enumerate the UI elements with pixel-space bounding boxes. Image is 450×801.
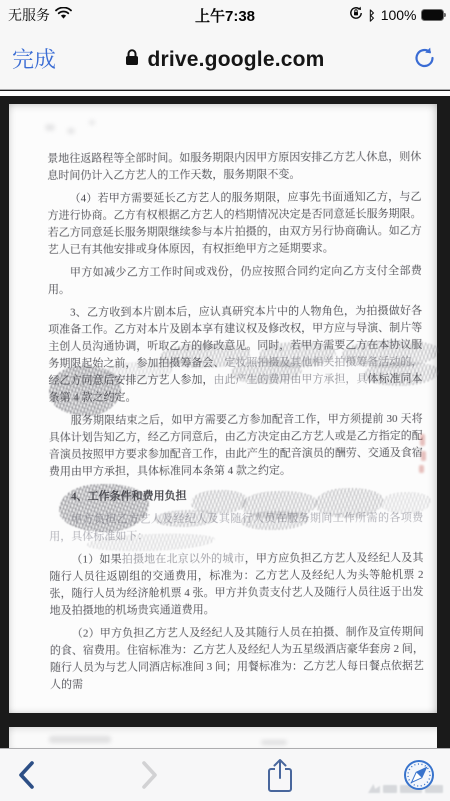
red-margin-mark (420, 434, 425, 446)
red-margin-mark (421, 451, 426, 461)
scan-smudge (49, 736, 111, 743)
paragraph: 服务期限结束之后，如甲方需要乙方参加配音工作，甲方须提前 30 天将具体计划告知… (49, 411, 423, 481)
watermark-logo (368, 784, 380, 793)
bluetooth-icon: ᛒ (368, 9, 376, 22)
status-right: ᛒ 100% (349, 0, 446, 30)
paragraph-partially-redacted: （1）如果拍摄地在北京以外的城市，甲方应负担乙方艺人及经纪人及其随行人员往返剧组… (49, 550, 423, 620)
paragraph: 景地往返路程等全部时间。如服务期限内因甲方原因安排乙方艺人休息，则休息时间仍计入… (47, 149, 421, 185)
status-bar: 无服务 上午7:38 ᛒ 100% (0, 0, 450, 30)
document-page-1: 景地往返路程等全部时间。如服务期限内因甲方原因安排乙方艺人休息，则休息时间仍计入… (9, 104, 437, 713)
paragraph: 甲方如减少乙方工作时间或戏份，仍应按照合同约定向乙方支付全部费用。 (48, 263, 422, 299)
address-bar[interactable]: drive.google.com (0, 30, 450, 89)
url-host: drive.google.com (147, 48, 324, 72)
scan-smudge (261, 740, 287, 745)
lock-icon (125, 49, 139, 71)
red-margin-mark (419, 465, 424, 473)
document-page-2-top (9, 727, 437, 748)
document-viewer[interactable]: 景地往返路程等全部时间。如服务期限内因甲方原因安排乙方艺人休息，则休息时间仍计入… (0, 96, 450, 748)
safari-nav-bar: 完成 drive.google.com (0, 30, 450, 90)
share-button[interactable] (265, 757, 295, 798)
safari-toolbar (0, 748, 450, 801)
rotation-lock-icon (349, 6, 363, 25)
iphone-screen: 无服务 上午7:38 ᛒ 100% (0, 0, 450, 801)
paragraph: （2）甲方负担乙方艺人及经纪人及其随行人员在拍摄、制作及宣传期间的食、宿费用。住… (50, 624, 424, 694)
battery-percent-label: 100% (381, 7, 417, 23)
forward-button[interactable] (138, 760, 160, 793)
battery-icon (422, 10, 447, 20)
back-button[interactable] (16, 760, 38, 793)
watermark-text-blob (383, 785, 397, 793)
refresh-button[interactable] (412, 46, 438, 72)
open-in-safari-button[interactable] (402, 758, 436, 795)
paragraph: （4）若甲方需要延长乙方艺人的服务期限，应事先书面通知乙方，与乙方进行协商。乙方… (47, 189, 421, 259)
